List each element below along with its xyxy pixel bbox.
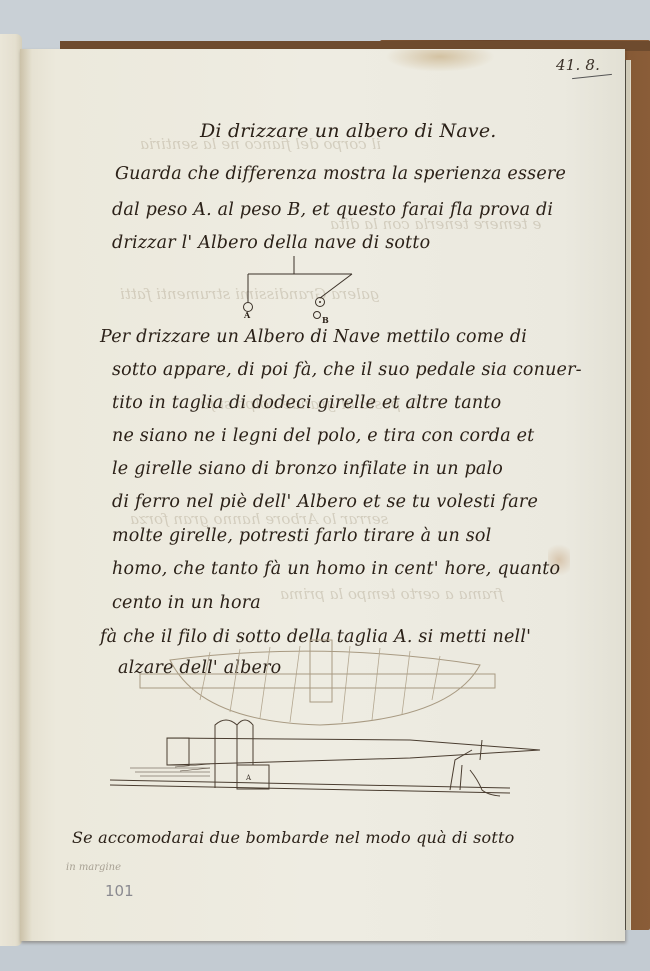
text-line: cento in un hora (112, 593, 261, 613)
text-line: molte girelle, potresti farlo tirare à u… (112, 526, 491, 546)
text-line: drizzar l' Albero della nave di sotto (112, 233, 430, 253)
text-line: Guarda che differenza mostra la sperienz… (115, 164, 566, 184)
text-line: di ferro nel piè dell' Albero et se tu v… (112, 492, 538, 512)
text-line: dal peso A. al peso B, et questo farai f… (112, 200, 553, 220)
pencil-page-number: 101 (105, 882, 134, 900)
text-line: Se accomodarai due bombarde nel modo quà… (72, 828, 514, 847)
facing-page-edge (0, 34, 22, 946)
text-line: tito in taglia di dodeci girelle et altr… (112, 393, 501, 413)
balance-diagram (230, 256, 370, 320)
page-heading: Di drizzare un albero di Nave. (200, 120, 497, 142)
water-stain (385, 50, 495, 72)
page-edge-stack (625, 60, 631, 930)
folio-number: 41. 8. (556, 56, 600, 74)
text-line: ne siano ne i legni del polo, e tira con… (112, 426, 534, 446)
text-line: le girelle siano di bronzo infilate in u… (112, 459, 503, 479)
text-line: sotto appare, di poi fà, che il suo peda… (112, 360, 582, 380)
margin-note: in margine (66, 862, 121, 873)
text-line: Per drizzare un Albero di Nave mettilo c… (100, 327, 527, 347)
svg-text:A: A (245, 774, 252, 782)
figure-label-b: B (322, 315, 329, 325)
ship-windlass-drawing: A (110, 640, 540, 800)
figure-label-a: A (244, 310, 250, 320)
text-line: homo, che tanto fà un homo in cent' hore… (112, 559, 560, 579)
